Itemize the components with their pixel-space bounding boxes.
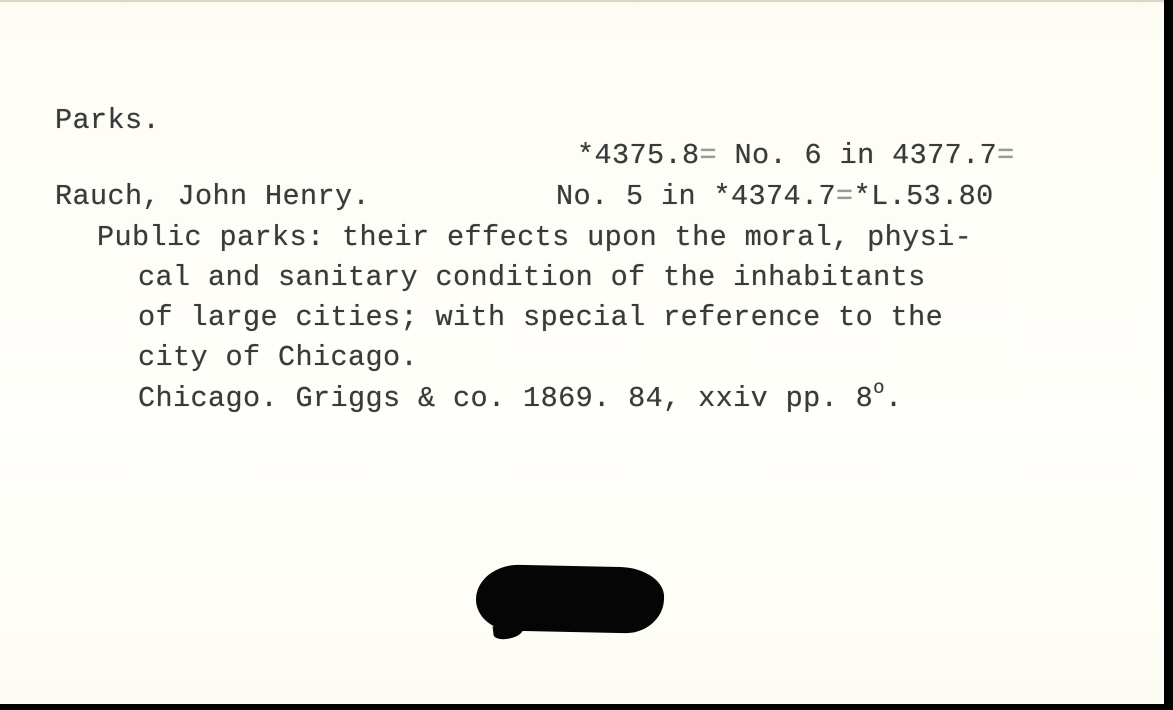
title-line: cal and sanitary condition of the inhabi… bbox=[138, 258, 926, 298]
call-number-line-2: No. 5 in *4374.7=*L.53.80 bbox=[556, 177, 994, 217]
call-number-line-1: *4375.8= No. 6 in 4377.7= bbox=[577, 136, 1015, 176]
imprint-text: Chicago. Griggs & co. 1869. 84, xxiv pp.… bbox=[138, 382, 873, 415]
call-number-alt-1: No. 6 in 4377.7 bbox=[717, 139, 997, 172]
title-line: of large cities; with special reference … bbox=[138, 298, 943, 338]
author: Rauch, John Henry. bbox=[55, 177, 370, 217]
catalog-card: Parks. *4375.8= No. 6 in 4377.7= Rauch, … bbox=[0, 0, 1164, 704]
call-number-alt-3: *L.53.80 bbox=[854, 180, 994, 213]
title-line: city of Chicago. bbox=[138, 338, 418, 378]
call-number-alt-2: No. 5 in *4374.7 bbox=[556, 180, 836, 213]
title-line: Public parks: their effects upon the mor… bbox=[97, 218, 972, 258]
equals-mark: = bbox=[997, 139, 1015, 172]
equals-mark: = bbox=[700, 139, 718, 172]
equals-mark: = bbox=[836, 180, 854, 213]
format-degree-mark: o bbox=[873, 377, 885, 399]
call-number-primary: *4375.8 bbox=[577, 139, 700, 172]
ink-blot-redaction bbox=[475, 564, 664, 634]
imprint-end: . bbox=[885, 382, 903, 415]
imprint: Chicago. Griggs & co. 1869. 84, xxiv pp.… bbox=[138, 379, 902, 421]
subject-heading: Parks. bbox=[55, 101, 160, 141]
